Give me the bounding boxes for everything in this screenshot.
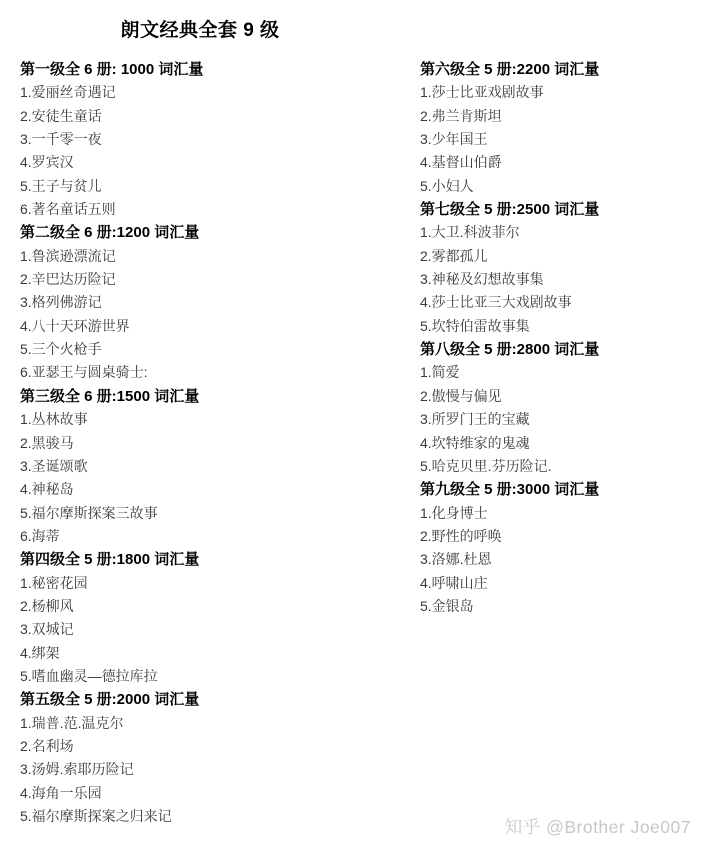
level-heading: 第六级全 5 册:2200 词汇量 bbox=[420, 58, 703, 81]
book-list-item: 2.辛巴达历险记 bbox=[20, 268, 420, 291]
book-list-item: 2.黑骏马 bbox=[20, 432, 420, 455]
book-list-item: 5.小妇人 bbox=[420, 175, 703, 198]
book-list-item: 4.海角一乐园 bbox=[20, 782, 420, 805]
book-list-item: 3.一千零一夜 bbox=[20, 128, 420, 151]
book-list-item: 3.神秘及幻想故事集 bbox=[420, 268, 703, 291]
book-list-item: 3.少年国王 bbox=[420, 128, 703, 151]
book-list-item: 6.亚瑟王与圆桌骑士: bbox=[20, 361, 420, 384]
book-list-item: 1.爱丽丝奇遇记 bbox=[20, 81, 420, 104]
book-list-item: 3.双城记 bbox=[20, 618, 420, 641]
book-list-item: 4.基督山伯爵 bbox=[420, 151, 703, 174]
book-list-item: 2.杨柳风 bbox=[20, 595, 420, 618]
page: 朗文经典全套 9 级 第一级全 6 册: 1000 词汇量1.爱丽丝奇遇记2.安… bbox=[0, 0, 703, 852]
level-heading: 第三级全 6 册:1500 词汇量 bbox=[20, 385, 420, 408]
book-list-item: 4.呼啸山庄 bbox=[420, 572, 703, 595]
page-title: 朗文经典全套 9 级 bbox=[0, 0, 400, 44]
level-heading: 第五级全 5 册:2000 词汇量 bbox=[20, 688, 420, 711]
book-list-item: 2.野性的呼唤 bbox=[420, 525, 703, 548]
book-list-item: 1.化身博士 bbox=[420, 502, 703, 525]
book-list-item: 1.秘密花园 bbox=[20, 572, 420, 595]
book-list-item: 5.三个火枪手 bbox=[20, 338, 420, 361]
book-list-item: 4.绑架 bbox=[20, 642, 420, 665]
book-list-item: 3.圣诞颂歌 bbox=[20, 455, 420, 478]
level-heading: 第九级全 5 册:3000 词汇量 bbox=[420, 478, 703, 501]
book-list-item: 6.著名童话五则 bbox=[20, 198, 420, 221]
book-list-item: 5.王子与贫儿 bbox=[20, 175, 420, 198]
book-list-item: 1.莎士比亚戏剧故事 bbox=[420, 81, 703, 104]
book-list-item: 3.所罗门王的宝藏 bbox=[420, 408, 703, 431]
book-list-item: 1.瑞普.范.温克尔 bbox=[20, 712, 420, 735]
book-list-item: 4.罗宾汉 bbox=[20, 151, 420, 174]
book-list-item: 3.汤姆.索耶历险记 bbox=[20, 758, 420, 781]
book-list-item: 4.莎士比亚三大戏剧故事 bbox=[420, 291, 703, 314]
left-column: 第一级全 6 册: 1000 词汇量1.爱丽丝奇遇记2.安徒生童话3.一千零一夜… bbox=[20, 58, 420, 828]
book-list-item: 3.洛娜.杜恩 bbox=[420, 548, 703, 571]
book-list-item: 4.神秘岛 bbox=[20, 478, 420, 501]
book-list-item: 1.丛林故事 bbox=[20, 408, 420, 431]
level-heading: 第一级全 6 册: 1000 词汇量 bbox=[20, 58, 420, 81]
book-list-item: 2.弗兰肯斯坦 bbox=[420, 105, 703, 128]
book-list-columns: 第一级全 6 册: 1000 词汇量1.爱丽丝奇遇记2.安徒生童话3.一千零一夜… bbox=[0, 58, 703, 828]
level-heading: 第八级全 5 册:2800 词汇量 bbox=[420, 338, 703, 361]
book-list-item: 1.鲁滨逊漂流记 bbox=[20, 245, 420, 268]
book-list-item: 3.格列佛游记 bbox=[20, 291, 420, 314]
book-list-item: 6.海蒂 bbox=[20, 525, 420, 548]
book-list-item: 2.傲慢与偏见 bbox=[420, 385, 703, 408]
book-list-item: 1.简爱 bbox=[420, 361, 703, 384]
book-list-item: 5.坎特伯雷故事集 bbox=[420, 315, 703, 338]
level-heading: 第四级全 5 册:1800 词汇量 bbox=[20, 548, 420, 571]
book-list-item: 2.名利场 bbox=[20, 735, 420, 758]
level-heading: 第七级全 5 册:2500 词汇量 bbox=[420, 198, 703, 221]
book-list-item: 5.福尔摩斯探案之归来记 bbox=[20, 805, 420, 828]
book-list-item: 5.金银岛 bbox=[420, 595, 703, 618]
book-list-item: 4.坎特维家的鬼魂 bbox=[420, 432, 703, 455]
right-column: 第六级全 5 册:2200 词汇量1.莎士比亚戏剧故事2.弗兰肯斯坦3.少年国王… bbox=[420, 58, 703, 828]
watermark: 知乎 @Brother Joe007 bbox=[505, 814, 691, 839]
book-list-item: 1.大卫.科波菲尔 bbox=[420, 221, 703, 244]
book-list-item: 2.雾都孤儿 bbox=[420, 245, 703, 268]
book-list-item: 5.哈克贝里.芬历险记. bbox=[420, 455, 703, 478]
book-list-item: 2.安徒生童话 bbox=[20, 105, 420, 128]
book-list-item: 4.八十天环游世界 bbox=[20, 315, 420, 338]
book-list-item: 5.嗜血幽灵—德拉库拉 bbox=[20, 665, 420, 688]
level-heading: 第二级全 6 册:1200 词汇量 bbox=[20, 221, 420, 244]
book-list-item: 5.福尔摩斯探案三故事 bbox=[20, 502, 420, 525]
